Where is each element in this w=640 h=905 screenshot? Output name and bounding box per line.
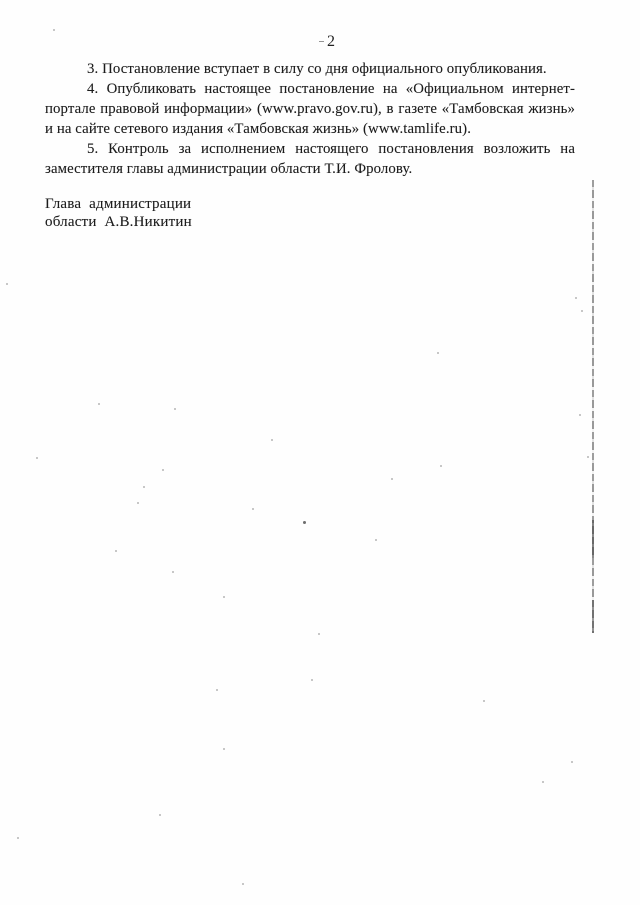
scan-noise-speck bbox=[252, 508, 254, 510]
signature-block: Глава администрации области А.В.Никитин bbox=[45, 196, 192, 231]
scan-artifact-dark-segment bbox=[592, 520, 594, 558]
scan-noise-speck bbox=[483, 700, 485, 702]
scan-artifact-vertical-line bbox=[592, 180, 594, 633]
page-number: 2 bbox=[0, 33, 640, 51]
scan-noise-speck bbox=[17, 837, 19, 839]
scan-noise-speck bbox=[53, 29, 55, 31]
scan-noise-speck bbox=[174, 408, 176, 410]
scan-noise-speck bbox=[375, 539, 377, 541]
scan-artifact-dark-segment bbox=[592, 600, 594, 633]
scan-noise-speck bbox=[223, 596, 225, 598]
scan-noise-speck bbox=[437, 352, 439, 354]
scan-noise-speck bbox=[242, 883, 244, 885]
signature-title-line-1: Глава администрации bbox=[45, 196, 192, 214]
scan-noise-speck bbox=[271, 439, 273, 441]
scan-noise-speck bbox=[587, 456, 589, 458]
scan-noise-speck bbox=[311, 679, 313, 681]
scan-noise-speck bbox=[172, 571, 174, 573]
scan-noise-speck bbox=[98, 403, 100, 405]
scan-noise-speck bbox=[137, 502, 139, 504]
scan-noise-speck bbox=[223, 748, 225, 750]
scan-noise-speck bbox=[143, 486, 145, 488]
scan-noise-speck bbox=[579, 414, 581, 416]
scanned-document-page: 2 3. Постановление вступает в силу со дн… bbox=[0, 0, 640, 905]
scan-noise-speck bbox=[391, 478, 393, 480]
scan-noise-speck bbox=[571, 761, 573, 763]
scan-noise-speck bbox=[303, 521, 306, 524]
scan-noise-speck bbox=[36, 457, 38, 459]
scan-noise-speck bbox=[216, 689, 218, 691]
scan-noise-speck bbox=[581, 310, 583, 312]
document-body: 3. Постановление вступает в силу со дня … bbox=[45, 59, 575, 179]
scan-noise-speck bbox=[162, 469, 164, 471]
paragraph-item-3: 3. Постановление вступает в силу со дня … bbox=[45, 59, 575, 79]
scan-noise-speck bbox=[159, 814, 161, 816]
scan-noise-speck bbox=[575, 297, 577, 299]
paragraph-item-4: 4. Опубликовать настоящее постановление … bbox=[45, 79, 575, 139]
scan-noise-speck bbox=[115, 550, 117, 552]
scan-noise-speck bbox=[542, 781, 544, 783]
paragraph-item-5: 5. Контроль за исполнением настоящего по… bbox=[45, 139, 575, 179]
scan-noise-speck bbox=[318, 633, 320, 635]
scan-noise-speck bbox=[440, 465, 442, 467]
signature-title-line-2: области А.В.Никитин bbox=[45, 214, 192, 232]
scan-noise-speck bbox=[6, 283, 8, 285]
scan-mark-dash bbox=[319, 41, 324, 42]
